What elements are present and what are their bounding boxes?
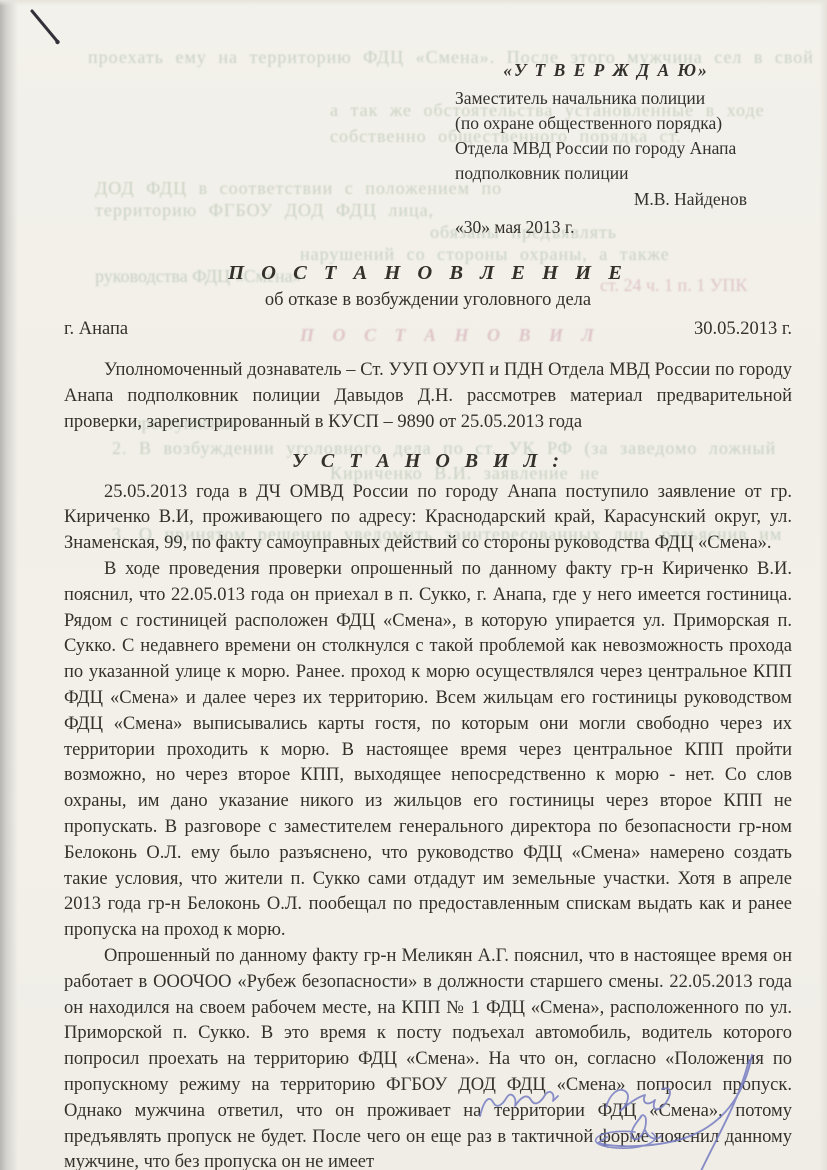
- approval-block: «У Т В Е Р Ж Д А Ю» Заместитель начальни…: [455, 58, 757, 240]
- city-label: г. Анапа: [64, 317, 128, 343]
- approval-line: (по охране общественного порядка): [455, 111, 757, 136]
- document-content: «У Т В Е Р Ж Д А Ю» Заместитель начальни…: [64, 58, 792, 1170]
- approver-name: М.В. Найденов: [455, 187, 757, 212]
- approval-lines: Заместитель начальника полиции(по охране…: [455, 86, 757, 186]
- scan-edge-right: [819, 0, 827, 1170]
- scanned-document-page: проехать ему на территорию ФДЦ «Смена». …: [0, 0, 827, 1170]
- scan-edge-left: [0, 0, 18, 1170]
- scan-edge-top: [0, 0, 827, 6]
- approval-line: подполковник полиции: [455, 161, 757, 186]
- paragraph: Опрошенный по данному факту гр-н Меликян…: [64, 944, 792, 1170]
- date-label: 30.05.2013 г.: [694, 317, 792, 343]
- document-title: П О С Т А Н О В Л Е Н И Е: [64, 261, 792, 287]
- paragraph: В ходе проведения проверки опрошенный по…: [64, 557, 792, 944]
- approval-line: Отдела МВД России по городу Анапа: [455, 136, 757, 161]
- approval-title: «У Т В Е Р Ж Д А Ю»: [455, 58, 757, 83]
- intro-paragraph: Уполномоченный дознаватель – Ст. УУП ОУУ…: [64, 358, 792, 435]
- document-body: 25.05.2013 года в ДЧ ОМВД России по горо…: [64, 480, 792, 1170]
- paragraph: 25.05.2013 года в ДЧ ОМВД России по горо…: [64, 480, 792, 557]
- approval-line: Заместитель начальника полиции: [455, 86, 757, 111]
- established-heading: У С Т А Н О В И Л :: [64, 449, 792, 475]
- approval-date: «30» мая 2013 г.: [455, 215, 757, 240]
- document-subtitle: об отказе в возбуждении уголовного дела: [64, 288, 792, 314]
- diagonal-pen-stroke-icon: [32, 11, 60, 44]
- dateline: г. Анапа 30.05.2013 г.: [64, 317, 792, 343]
